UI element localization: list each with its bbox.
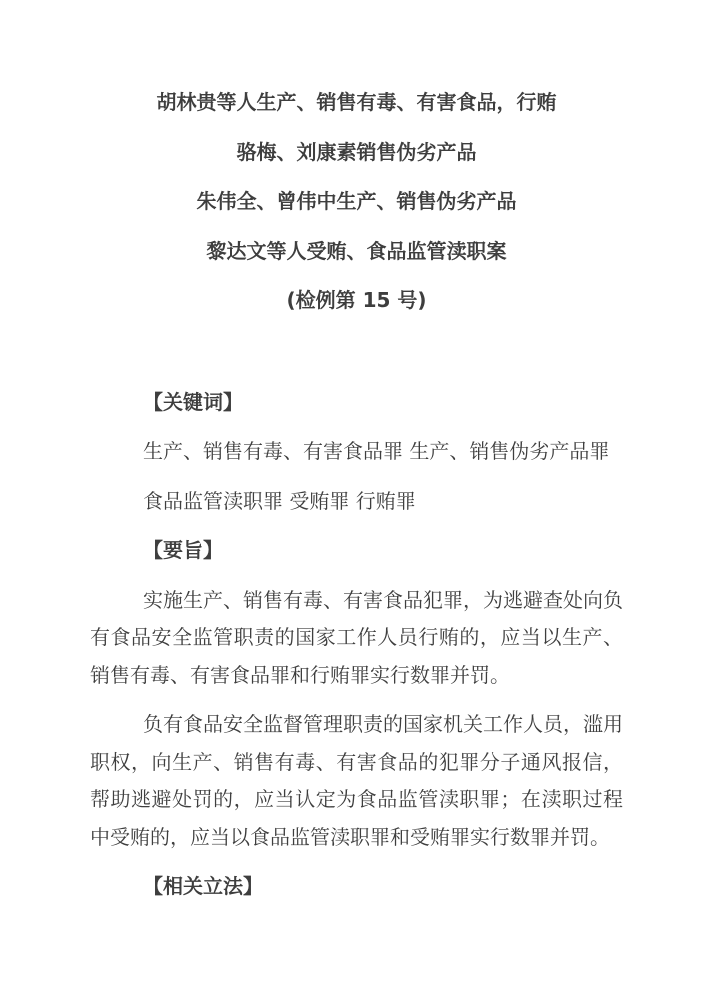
gist-paragraph-2: 负有食品安全监督管理职责的国家机关工作人员，滥用职权，向生产、销售有毒、有害食品… [90,706,623,856]
case-title-block: 胡林贵等人生产、销售有毒、有害食品，行贿 骆梅、刘康素销售伪劣产品 朱伟全、曾伟… [90,84,623,320]
case-title-line-4: 黎达文等人受贿、食品监管渎职案 [90,233,623,271]
keywords-line-1: 生产、销售有毒、有害食品罪 生产、销售伪劣产品罪 [90,433,623,471]
gist-paragraph-1: 实施生产、销售有毒、有害食品犯罪，为逃避查处向负有食品安全监管职责的国家工作人员… [90,582,623,695]
keywords-line-2: 食品监管渎职罪 受贿罪 行贿罪 [90,483,623,521]
document-page: 胡林贵等人生产、销售有毒、有害食品，行贿 骆梅、刘康素销售伪劣产品 朱伟全、曾伟… [0,0,707,999]
case-title-line-1: 胡林贵等人生产、销售有毒、有害食品，行贿 [90,84,623,122]
gist-section-heading: 【要旨】 [90,532,623,570]
title-keywords-gap [90,332,623,384]
case-title-line-2: 骆梅、刘康素销售伪劣产品 [90,134,623,172]
case-title-line-3: 朱伟全、曾伟中生产、销售伪劣产品 [90,183,623,221]
legislation-section-heading: 【相关立法】 [90,868,623,906]
case-number-line: (检例第 15 号) [90,282,623,320]
keywords-section-heading: 【关键词】 [90,384,623,422]
